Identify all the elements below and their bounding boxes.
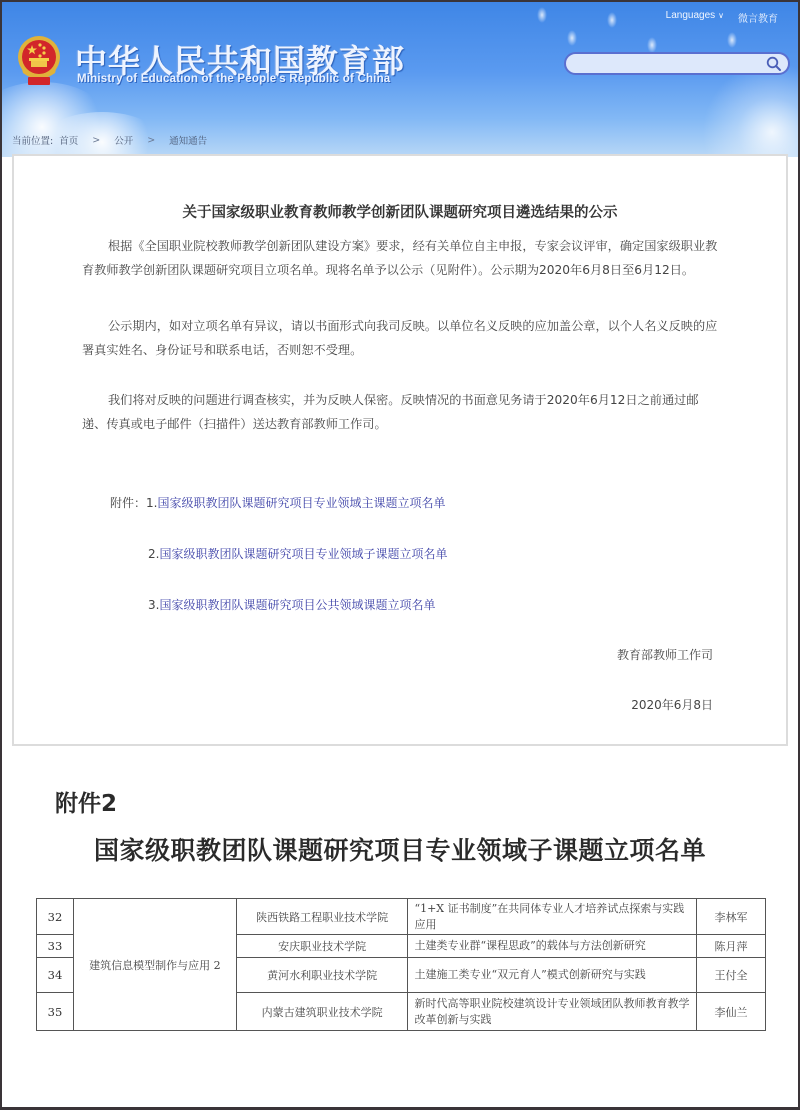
site-subtitle: Ministry of Education of the People's Re… <box>77 73 390 85</box>
seed-decoration <box>607 12 617 28</box>
top-links: Languages∨ 微言教育 <box>666 10 778 25</box>
project-table: 32 建筑信息模型制作与应用 2 陕西铁路工程职业技术学院 “1+X 证书制度”… <box>36 898 766 1031</box>
attachment-row: 2.国家级职教团队课题研究项目专业领域子课题立项名单 <box>148 545 447 562</box>
breadcrumb-separator: > <box>92 135 100 146</box>
seed-decoration <box>567 30 577 46</box>
languages-label: Languages <box>666 10 716 21</box>
publish-date: 2020年6月8日 <box>631 696 713 713</box>
topic-cell: “1+X 证书制度”在共同体专业人才培养试点探索与实践应用 <box>408 899 697 935</box>
table-row: 32 建筑信息模型制作与应用 2 陕西铁路工程职业技术学院 “1+X 证书制度”… <box>37 899 766 935</box>
school-cell: 安庆职业技术学院 <box>236 935 408 958</box>
row-number: 34 <box>37 958 74 993</box>
topic-cell: 新时代高等职业院校建筑设计专业领域团队教师教育教学改革创新与实践 <box>408 993 697 1031</box>
school-cell: 陕西铁路工程职业技术学院 <box>236 899 408 935</box>
attachment-row: 附件：1.国家级职教团队课题研究项目专业领域主课题立项名单 <box>110 494 445 511</box>
signature: 教育部教师工作司 <box>617 646 713 663</box>
chevron-down-icon: ∨ <box>718 11 724 20</box>
school-cell: 内蒙古建筑职业技术学院 <box>236 993 408 1031</box>
attachments-label: 附件： <box>110 496 146 510</box>
search-input[interactable] <box>574 56 754 72</box>
seed-decoration <box>647 37 657 53</box>
leader-cell: 王付全 <box>697 958 766 993</box>
attachment-index: 1. <box>146 496 157 510</box>
attachment-index: 3. <box>148 598 159 612</box>
attachment-title: 国家级职教团队课题研究项目专业领域子课题立项名单 <box>2 831 798 867</box>
header-banner: 中华人民共和国教育部 Ministry of Education of the … <box>2 2 798 157</box>
breadcrumb-label: 当前位置: <box>12 133 53 147</box>
search-box <box>564 52 790 75</box>
row-number: 32 <box>37 899 74 935</box>
row-number: 33 <box>37 935 74 958</box>
search-icon[interactable] <box>766 56 782 72</box>
attachment-link-2[interactable]: 国家级职教团队课题研究项目专业领域子课题立项名单 <box>159 547 447 561</box>
breadcrumb: 当前位置: 首页 > 公开 > 通知通告 <box>12 133 207 147</box>
attachment-label: 附件2 <box>55 785 117 818</box>
attachment-index: 2. <box>148 547 159 561</box>
breadcrumb-separator: > <box>147 135 155 146</box>
national-emblem-icon <box>15 35 63 87</box>
leader-cell: 李林军 <box>697 899 766 935</box>
leader-cell: 李仙兰 <box>697 993 766 1031</box>
article-title: 关于国家级职业教育教师教学创新团队课题研究项目遴选结果的公示 <box>14 201 786 222</box>
leader-cell: 陈月萍 <box>697 935 766 958</box>
row-number: 35 <box>37 993 74 1031</box>
article-paragraph: 公示期内，如对立项名单有异议，请以书面形式向我司反映。以单位名义反映的应加盖公章… <box>82 314 722 362</box>
seed-decoration <box>537 7 547 23</box>
weibo-link[interactable]: 微言教育 <box>738 10 778 25</box>
school-cell: 黄河水利职业技术学院 <box>236 958 408 993</box>
seed-decoration <box>727 32 737 48</box>
attachment-row: 3.国家级职教团队课题研究项目公共领域课题立项名单 <box>148 596 435 613</box>
article-card: 关于国家级职业教育教师教学创新团队课题研究项目遴选结果的公示 根据《全国职业院校… <box>12 154 788 746</box>
attachment-link-3[interactable]: 国家级职教团队课题研究项目公共领域课题立项名单 <box>159 598 435 612</box>
topic-cell: 土建类专业群“课程思政”的载体与方法创新研究 <box>408 935 697 958</box>
breadcrumb-notices[interactable]: 通知通告 <box>169 133 207 147</box>
topic-cell: 土建施工类专业“双元育人”模式创新研究与实践 <box>408 958 697 993</box>
languages-dropdown[interactable]: Languages∨ <box>666 10 724 25</box>
page-frame: 中华人民共和国教育部 Ministry of Education of the … <box>2 2 798 1107</box>
breadcrumb-home[interactable]: 首页 <box>59 133 78 147</box>
attachment-link-1[interactable]: 国家级职教团队课题研究项目专业领域主课题立项名单 <box>157 496 445 510</box>
article-paragraph: 根据《全国职业院校教师教学创新团队建设方案》要求，经有关单位自主申报，专家会议评… <box>82 234 722 282</box>
article-paragraph: 我们将对反映的问题进行调查核实，并为反映人保密。反映情况的书面意见务请于2020… <box>82 388 722 436</box>
breadcrumb-public[interactable]: 公开 <box>114 133 133 147</box>
domain-cell: 建筑信息模型制作与应用 2 <box>73 899 236 1031</box>
